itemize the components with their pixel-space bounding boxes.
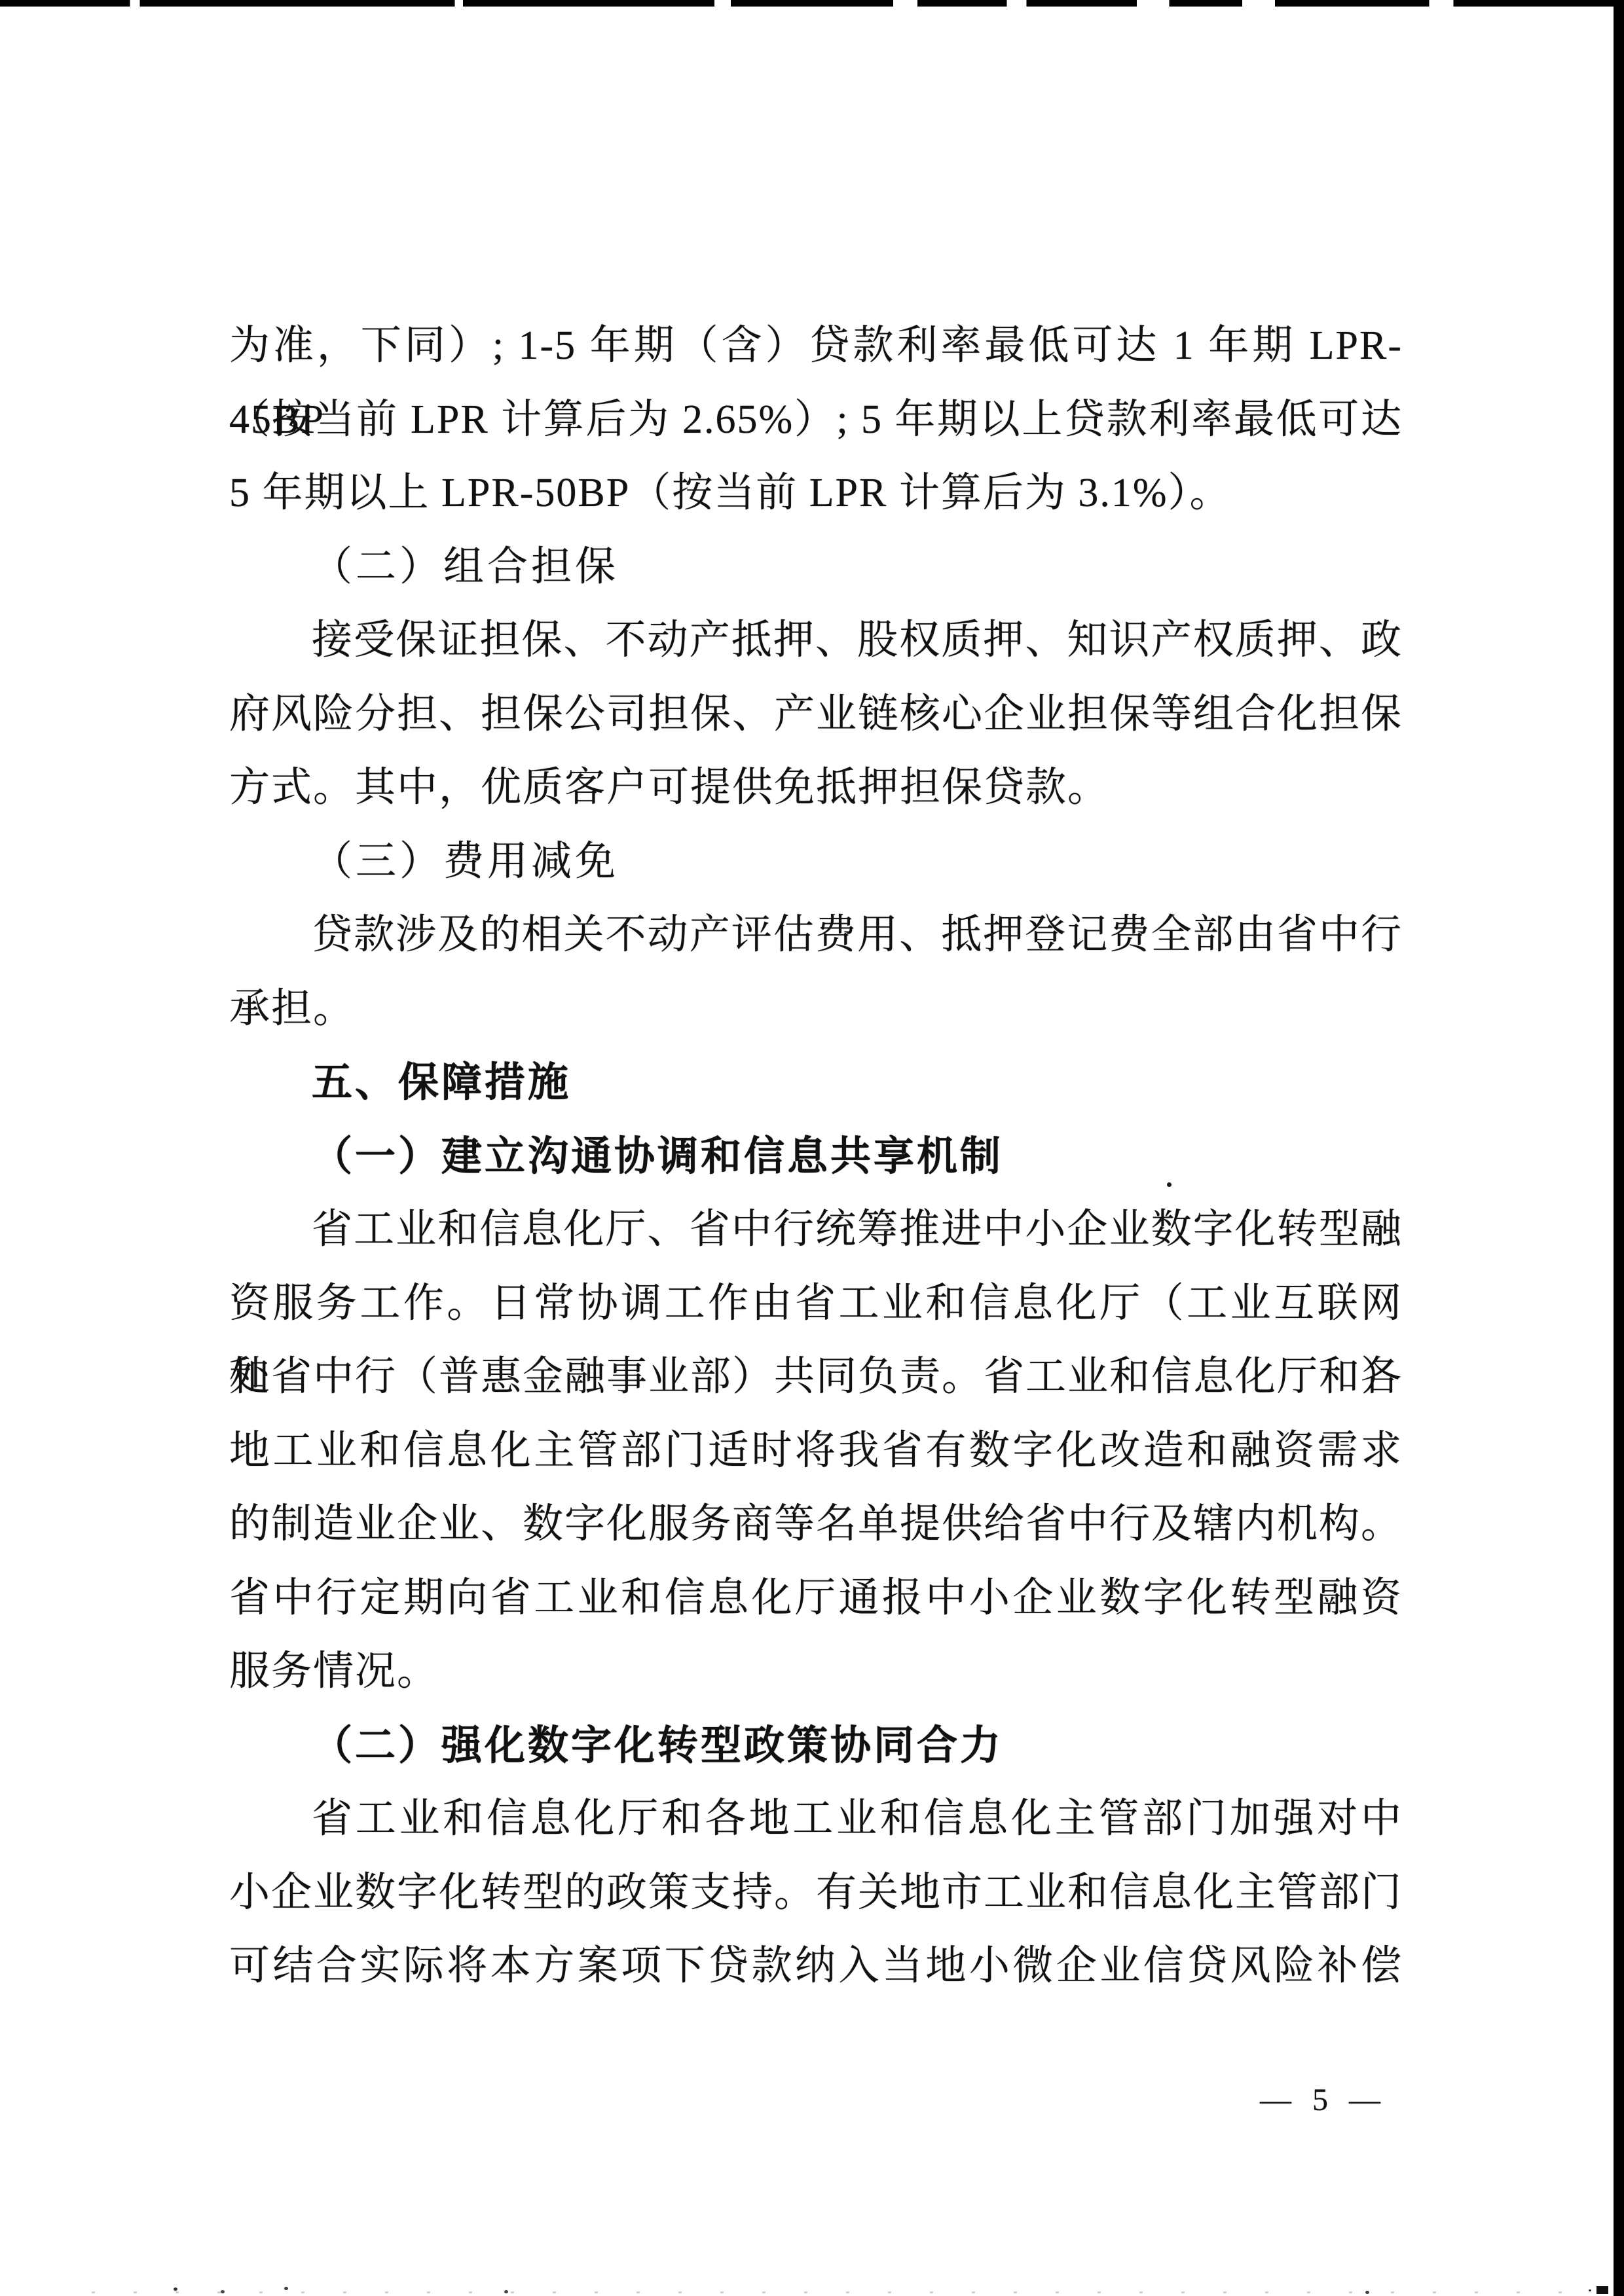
text-line: 省工业和信息化厅、省中行统筹推进中小企业数字化转型融 <box>229 1193 1403 1267</box>
text-line: 可结合实际将本方案项下贷款纳入当地小微企业信贷风险补偿 <box>229 1929 1403 2003</box>
text-line: 省中行定期向省工业和信息化厅通报中小企业数字化转型融资 <box>229 1561 1403 1635</box>
scan-artifact-top-edge <box>0 0 1624 7</box>
text-line: 省工业和信息化厅和各地工业和信息化主管部门加强对中 <box>229 1782 1403 1856</box>
scan-artifact-right-edge <box>1614 0 1624 2296</box>
text-line: 资服务工作。日常协调工作由省工业和信息化厅（工业互联网处） <box>229 1267 1403 1341</box>
heading-line: 五、保障措施 <box>229 1046 1403 1120</box>
text-line: （按当前 LPR 计算后为 2.65%）; 5 年期以上贷款利率最低可达 <box>229 383 1403 457</box>
heading-line: （一）建立沟通协调和信息共享机制 <box>229 1120 1403 1194</box>
scan-artifact-corner <box>1596 2286 1608 2294</box>
heading-line: （二）强化数字化转型政策协同合力 <box>229 1709 1403 1783</box>
text-line: 接受保证担保、不动产抵押、股权质押、知识产权质押、政 <box>229 604 1403 678</box>
text-line: 服务情况。 <box>229 1635 1403 1709</box>
text-line: 小企业数字化转型的政策支持。有关地市工业和信息化主管部门 <box>229 1856 1403 1930</box>
text-line: 贷款涉及的相关不动产评估费用、抵押登记费全部由省中行 <box>229 898 1403 972</box>
text-line: 为准，下同）; 1-5 年期（含）贷款利率最低可达 1 年期 LPR-45BP <box>229 309 1403 383</box>
scan-speck-row <box>174 2287 177 2291</box>
heading-line: （三）费用减免 <box>229 825 1403 899</box>
text-line: 府风险分担、担保公司担保、产业链核心企业担保等组合化担保 <box>229 678 1403 752</box>
text-line: 承担。 <box>229 972 1403 1046</box>
document-text-block: 为准，下同）; 1-5 年期（含）贷款利率最低可达 1 年期 LPR-45BP（… <box>229 309 1403 2003</box>
text-line: 的制造业企业、数字化服务商等名单提供给省中行及辖内机构。 <box>229 1487 1403 1561</box>
scanned-document-page: 为准，下同）; 1-5 年期（含）贷款利率最低可达 1 年期 LPR-45BP（… <box>0 0 1624 2296</box>
heading-line: （二）组合担保 <box>229 530 1403 604</box>
scan-artifact-bottom-edge <box>92 2291 1598 2293</box>
text-line: 方式。其中，优质客户可提供免抵押担保贷款。 <box>229 751 1403 825</box>
page-number: — 5 — <box>1260 2079 1387 2121</box>
text-line: 和省中行（普惠金融事业部）共同负责。省工业和信息化厅和各 <box>229 1340 1403 1414</box>
text-line: 地工业和信息化主管部门适时将我省有数字化改造和融资需求 <box>229 1414 1403 1488</box>
text-line: 5 年期以上 LPR-50BP（按当前 LPR 计算后为 3.1%）。 <box>229 456 1403 530</box>
